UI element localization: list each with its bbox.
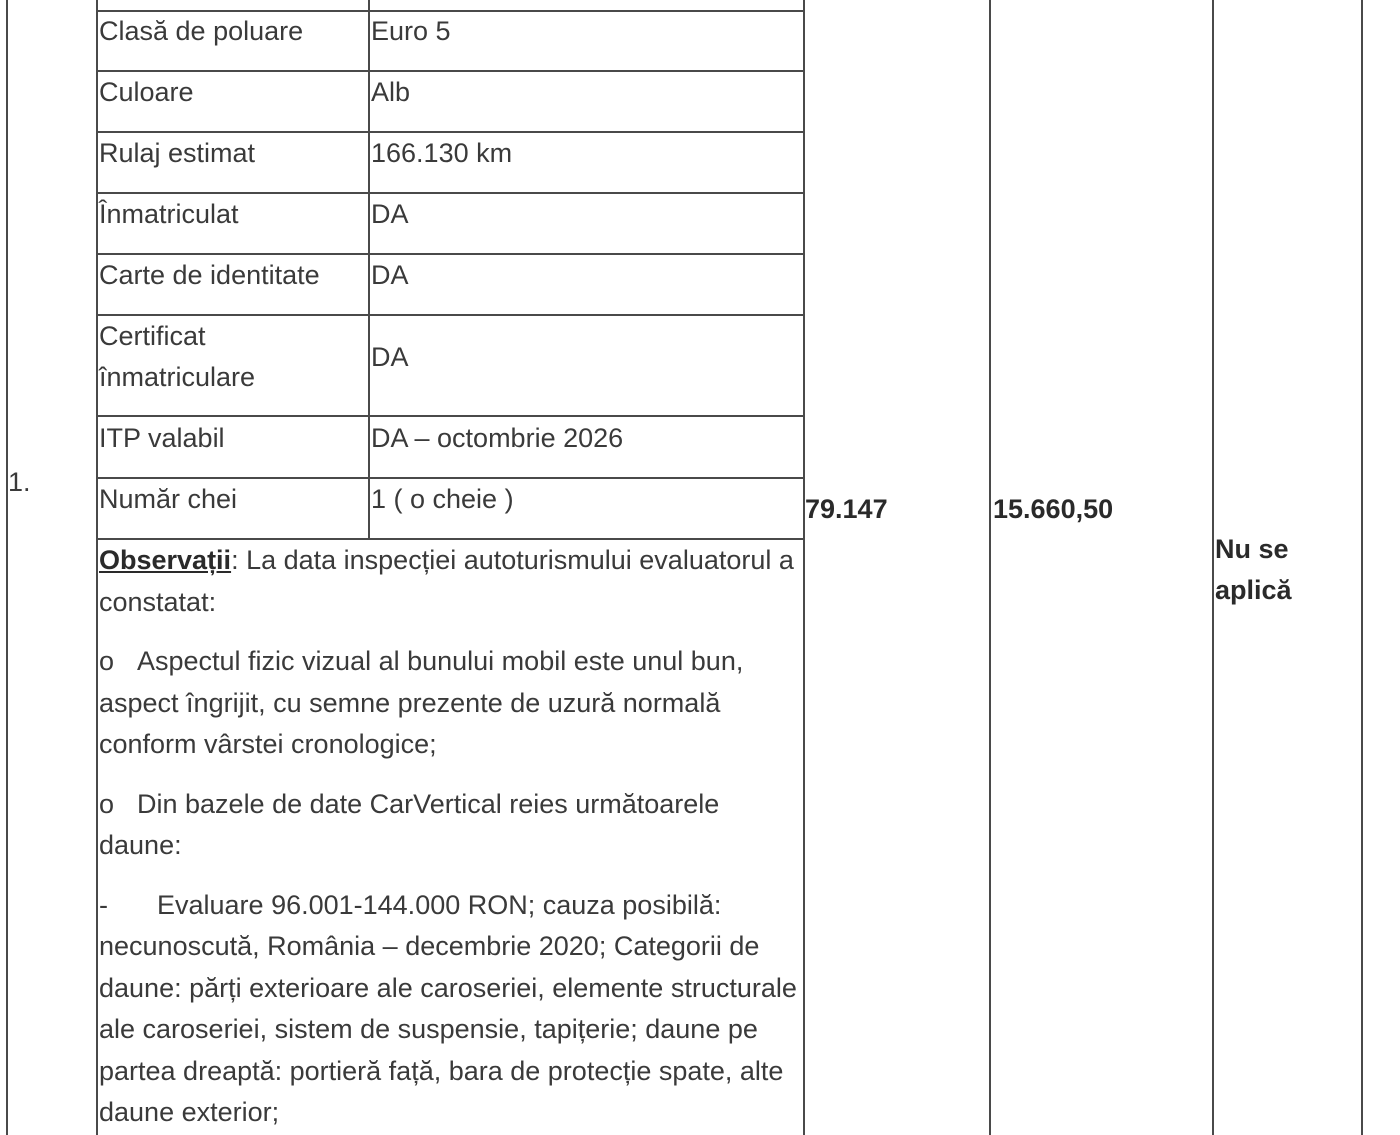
spec-value: DA – octombrie 2026: [371, 418, 623, 459]
spec-label: Rulaj estimat: [99, 133, 255, 174]
observation-text: Aspectul fizic vizual al bunului mobil e…: [99, 646, 743, 759]
observation-item: oAspectul fizic vizual al bunului mobil …: [99, 641, 804, 766]
inner-table-border-left: [96, 0, 98, 1135]
spec-value: 1 ( o cheie ): [371, 479, 514, 520]
spec-label: Înmatriculat: [99, 194, 239, 235]
value-column-3: Nu se aplică: [1215, 529, 1335, 611]
table-border-right: [1361, 0, 1363, 1135]
observation-item: oDin bazele de date CarVertical reies ur…: [99, 784, 804, 867]
spec-label: Certificat înmatriculare: [99, 316, 359, 398]
spec-value: Euro 5: [371, 11, 451, 52]
column-divider-1: [989, 0, 991, 1135]
spec-value: Alb: [371, 72, 410, 113]
observation-item: -Evaluare 96.001-144.000 RON; cauza posi…: [99, 885, 804, 1134]
spec-value: 166.130 km: [371, 133, 512, 174]
observations-heading: Observații: [99, 545, 231, 575]
column-divider-2: [1212, 0, 1214, 1135]
bullet-o-icon: o: [99, 641, 137, 683]
row-line: [96, 415, 805, 417]
observations-block: Observații: La data inspecției autoturis…: [99, 540, 804, 1134]
spec-value: DA: [371, 337, 409, 378]
row-index: 1.: [8, 462, 31, 503]
spec-label: ITP valabil: [99, 418, 225, 459]
spec-label: Număr chei: [99, 479, 237, 520]
bullet-dash-icon: -: [99, 885, 157, 927]
value-column-2: 15.660,50: [993, 489, 1113, 530]
spec-label: Culoare: [99, 72, 194, 113]
spec-label: Clasă de poluare: [99, 11, 303, 52]
observation-text: Din bazele de date CarVertical reies urm…: [99, 789, 719, 861]
spec-value: DA: [371, 255, 409, 296]
spec-column-divider: [368, 0, 370, 540]
spec-label: Carte de identitate: [99, 255, 320, 296]
value-column-1: 79.147: [805, 489, 888, 530]
spec-value: DA: [371, 194, 409, 235]
bullet-o-icon: o: [99, 784, 137, 826]
row-line: [96, 70, 805, 72]
observation-text: Evaluare 96.001-144.000 RON; cauza posib…: [99, 890, 797, 1128]
table-border-left: [6, 0, 8, 1135]
